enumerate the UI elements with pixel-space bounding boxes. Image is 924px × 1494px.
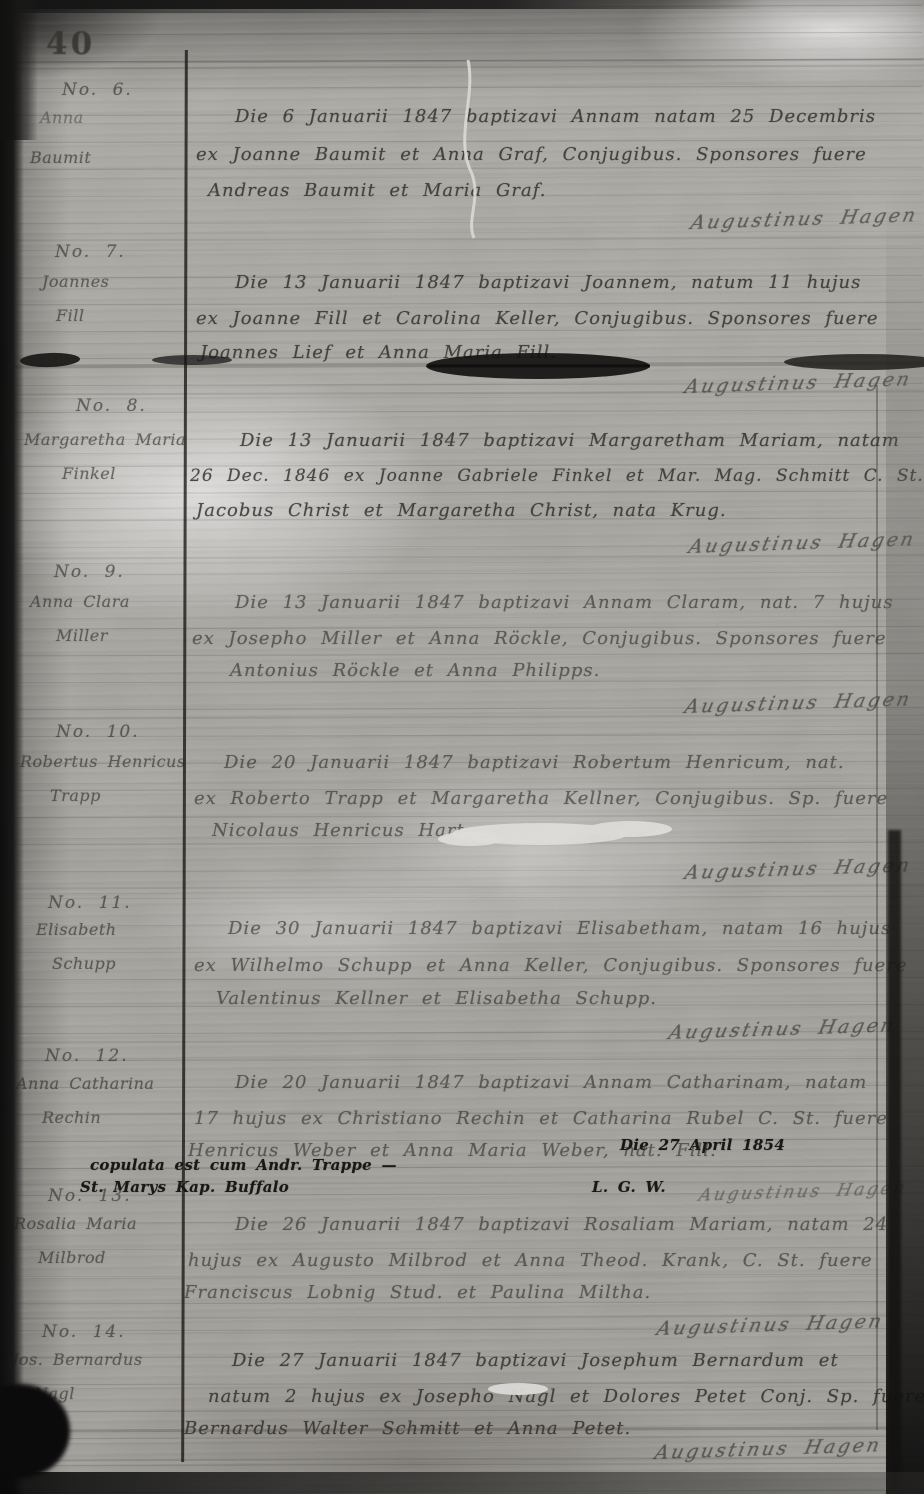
ruled-line [0, 884, 924, 889]
scan-edge-top [0, 0, 762, 9]
entry-text-line: Die 20 Januarii 1847 baptizavi Robertum … [224, 752, 845, 773]
entry-number: No. 7. [55, 242, 126, 262]
entry-number: No. 13. [48, 1186, 132, 1206]
later-marriage-annotation: L. G. W. [592, 1178, 666, 1196]
entry-text-line: Die 6 Januarii 1847 baptizavi Annam nata… [235, 106, 876, 127]
entry-text-line: 17 hujus ex Christiano Rechin et Cathari… [194, 1108, 888, 1129]
entry-text-line: Die 13 Januarii 1847 baptizavi Joannem, … [235, 272, 861, 293]
entry-margin-name: Fill [56, 306, 84, 325]
priest-signature: Augustinus Hagen [689, 204, 920, 234]
entry-text-line: natum 2 hujus ex Josepho Nagl et Dolores… [208, 1386, 924, 1407]
entry-margin-name: Robertus Henricus [20, 752, 186, 771]
scan-edge-left [0, 0, 24, 1494]
scan-edge-left [0, 0, 38, 140]
entry-margin-name: Elisabeth [36, 920, 117, 939]
entry-text-line: Andreas Baumit et Maria Graf. [208, 180, 546, 201]
entry-text-line: Joannes Lief et Anna Maria Fill. [200, 342, 557, 363]
entry-text-line: Nicolaus Henricus Hart. [212, 820, 471, 841]
priest-signature: Augustinus Hagen [653, 1434, 884, 1464]
entry-text-line: Die 27 Januarii 1847 baptizavi Josephum … [232, 1350, 839, 1371]
entry-text-line: Die 13 Januarii 1847 baptizavi Annam Cla… [235, 592, 894, 613]
entry-margin-name: Schupp [52, 954, 116, 973]
entry-text-line: Antonius Röckle et Anna Philipps. [230, 660, 600, 681]
entry-margin-name: Anna [40, 108, 84, 127]
entry-text-line: Franciscus Lobnig Stud. et Paulina Milth… [184, 1282, 651, 1303]
ruled-line [0, 64, 924, 69]
entry-text-line: ex Roberto Trapp et Margaretha Kellner, … [194, 788, 888, 809]
entry-margin-name: Rechin [42, 1108, 101, 1127]
priest-signature: Augustinus Hagen [683, 688, 914, 718]
entry-margin-name: Finkel [62, 464, 116, 483]
entry-margin-name: Margaretha Maria [24, 430, 186, 449]
entry-number: No. 8. [76, 396, 147, 416]
entry-margin-name: Baumit [30, 148, 91, 167]
entry-margin-name: Rosalia Maria [14, 1214, 137, 1233]
entry-text-line: Die 30 Januarii 1847 baptizavi Elisabeth… [228, 918, 891, 939]
entry-text-line: Jacobus Christ et Margaretha Christ, nat… [196, 500, 727, 521]
priest-signature: Augustinus Hagen [683, 854, 914, 884]
entry-text-line: Die 13 Januarii 1847 baptizavi Margareth… [240, 430, 900, 451]
entry-number: No. 12. [45, 1046, 129, 1066]
later-marriage-annotation: copulata est cum Andr. Trappe — [90, 1156, 397, 1174]
entry-text-line: ex Wilhelmo Schupp et Anna Keller, Conju… [194, 955, 908, 976]
entry-margin-name: Jos. Bernardus [12, 1350, 143, 1369]
scan-edge-right-line [888, 830, 901, 1494]
ruled-line [0, 554, 924, 559]
ruled-line [0, 236, 924, 241]
priest-signature: Augustinus Hagen [683, 368, 914, 398]
entry-margin-name: Joannes [42, 272, 109, 291]
entry-text-line: Die 26 Januarii 1847 baptizavi Rosaliam … [235, 1214, 888, 1235]
register-page-scan: 40 No. 6. Anna Baumit Die 6 Januarii 184… [0, 0, 924, 1494]
whiteout-patch [438, 821, 672, 846]
entry-number: No. 11. [48, 893, 132, 913]
entry-margin-name: Anna Clara [30, 592, 130, 611]
entry-number: No. 6. [62, 80, 133, 100]
entry-margin-name: Anna Catharina [16, 1074, 154, 1093]
entry-text-line: hujus ex Augusto Milbrod et Anna Theod. … [188, 1250, 873, 1271]
later-marriage-date-note: Die 27 April 1854 [620, 1136, 785, 1154]
entry-text-line: Valentinus Kellner et Elisabetha Schupp. [216, 988, 657, 1009]
scan-edge-top [0, 9, 470, 13]
entry-text-line: Bernardus Walter Schmitt et Anna Petet. [184, 1418, 631, 1439]
entry-number: No. 9. [54, 562, 125, 582]
entry-number: No. 10. [56, 722, 140, 742]
entry-number: No. 14. [42, 1322, 126, 1342]
priest-signature: Augustinus Hagen [687, 528, 918, 558]
entry-text-line: ex Joanne Baumit et Anna Graf, Conjugibu… [196, 144, 867, 165]
ruled-line [0, 58, 924, 63]
entry-text-line: ex Joanne Fill et Carolina Keller, Conju… [196, 308, 879, 329]
ruled-line [0, 714, 924, 719]
entry-margin-name: Milbrod [38, 1248, 106, 1267]
entry-text-line: ex Josepho Miller et Anna Röckle, Conjug… [192, 628, 887, 649]
scan-edge-bottom [0, 1472, 924, 1494]
entry-margin-name: Miller [56, 626, 108, 645]
entry-text-line: 26 Dec. 1846 ex Joanne Gabriele Finkel e… [190, 466, 924, 486]
entry-text-line: Die 20 Januarii 1847 baptizavi Annam Cat… [235, 1072, 867, 1093]
entry-margin-name: Trapp [50, 786, 101, 805]
page-number: 40 [46, 26, 95, 62]
